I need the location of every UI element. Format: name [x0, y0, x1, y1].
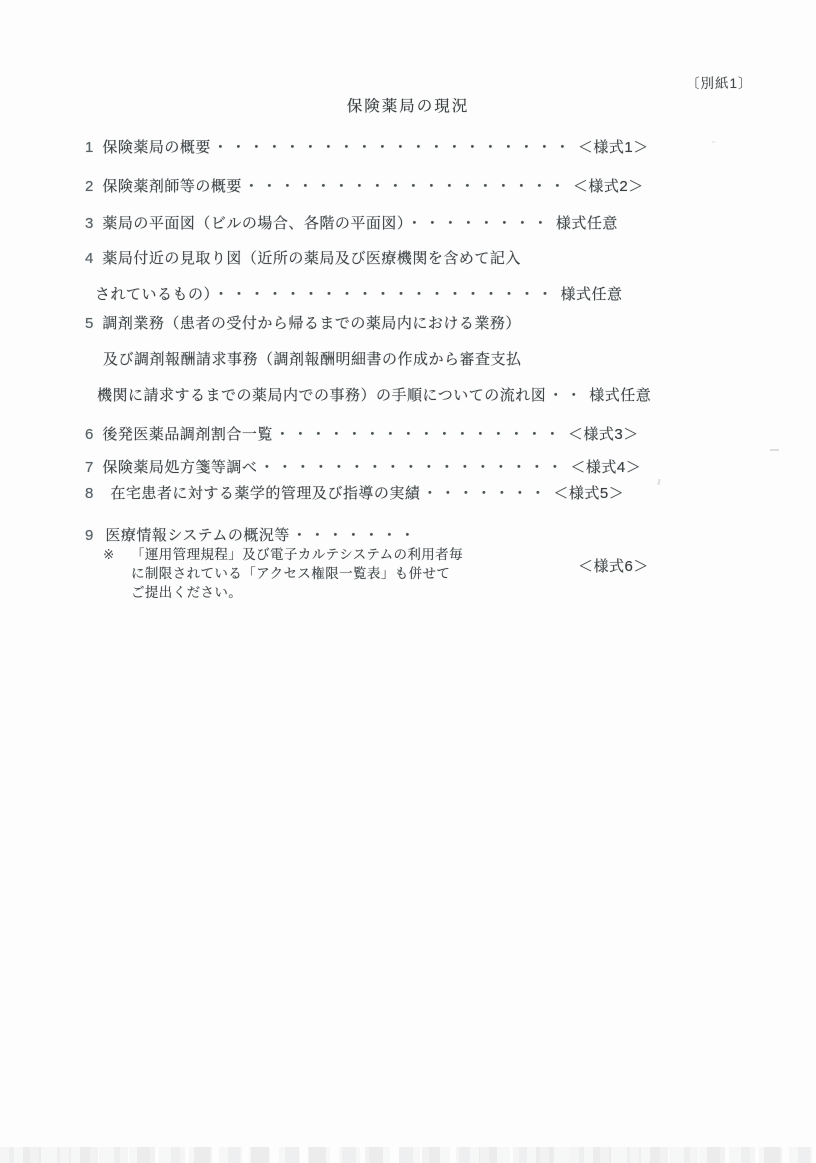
- leader-dots: ・・・・・・・: [292, 527, 418, 544]
- item-text: 調剤業務（患者の受付から帰るまでの薬局内における業務）: [102, 315, 521, 332]
- leader-dots: ・・・・・・・・・・・・・・・・・・: [244, 178, 568, 195]
- item-text: 及び調剤報酬請求事務（調剤報酬明細書の作成から審査支払: [103, 351, 522, 368]
- scan-speck: [770, 449, 779, 451]
- item-number: 5: [85, 315, 93, 332]
- note-line-2: に制限されている「アクセス権限一覧表」も併せて: [131, 565, 450, 582]
- form-label: ＜様式3＞: [568, 426, 639, 443]
- item-number: 3: [85, 215, 93, 232]
- form-label: ＜様式1＞: [578, 139, 649, 156]
- note-line-3: ご提出ください。: [131, 584, 242, 601]
- toc-item-3: 3薬局の平面図（ビルの場合、各階の平面図）・・・・・・・・様式任意: [85, 215, 618, 233]
- item-text: 後発医薬品調剤割合一覧: [102, 426, 273, 443]
- form-label: ＜様式5＞: [553, 485, 624, 502]
- scanned-document-page: 〔別紙1〕 保険薬局の現況 1保険薬局の概要・・・・・・・・・・・・・・・・・・…: [0, 0, 816, 1163]
- form-label: 様式任意: [589, 387, 651, 404]
- scan-speck: [657, 479, 660, 485]
- toc-item-2: 2保険薬剤師等の概要・・・・・・・・・・・・・・・・・・＜様式2＞: [85, 178, 644, 196]
- toc-item-7: 7保険薬局処方箋等調べ・・・・・・・・・・・・・・・・・＜様式4＞: [85, 459, 641, 477]
- leader-dots: ・・・・・・・: [422, 485, 548, 502]
- toc-item-8: 8在宅患者に対する薬学的管理及び指導の実績・・・・・・・＜様式5＞: [85, 485, 624, 503]
- note-marker: ※: [103, 547, 114, 563]
- leader-dots: ・・・・・・・・・・・・・・・・・: [259, 459, 565, 476]
- toc-item-5-continuation-1: 及び調剤報酬請求事務（調剤報酬明細書の作成から審査支払: [103, 351, 522, 369]
- item-number: 1: [85, 139, 93, 156]
- leader-dots: ・・・・・・・・・・・・・・・・・・・・: [213, 139, 573, 156]
- scan-speck: [712, 141, 715, 143]
- scanner-edge-noise: [0, 1147, 816, 1163]
- item-number: 2: [85, 178, 93, 195]
- toc-item-5-continuation-2: 機関に請求するまでの薬局内での事務）の手順についての流れ図・・様式任意: [97, 387, 651, 405]
- toc-item-5: 5調剤業務（患者の受付から帰るまでの薬局内における業務）: [85, 315, 521, 333]
- item-number: 8: [85, 485, 93, 502]
- leader-dots: ・・・・・・・・・・・・・・・・・・・: [214, 286, 556, 303]
- item-text: 保険薬剤師等の概要: [102, 178, 242, 195]
- item-text: 在宅患者に対する薬学的管理及び指導の実績: [110, 485, 420, 502]
- toc-item-6: 6後発医薬品調剤割合一覧・・・・・・・・・・・・・・・・＜様式3＞: [85, 426, 639, 444]
- item-text: 医療情報システムの概況等: [105, 527, 290, 544]
- item-number: 4: [85, 250, 93, 267]
- page-title: 保険薬局の現況: [0, 94, 816, 116]
- leader-dots: ・・・・・・・・・・・・・・・・: [275, 426, 563, 443]
- item-text: 保険薬局の概要: [102, 139, 211, 156]
- toc-item-9: 9医療情報システムの概況等・・・・・・・: [85, 527, 418, 545]
- form-label: ＜様式2＞: [573, 178, 644, 195]
- form-label: 様式任意: [561, 286, 623, 303]
- leader-dots: ・・: [548, 387, 584, 404]
- item-number: 7: [85, 459, 93, 476]
- form-label-6: ＜様式6＞: [578, 555, 649, 576]
- item-number: 6: [85, 426, 93, 443]
- form-label: ＜様式4＞: [570, 459, 641, 476]
- item-text: 薬局付近の見取り図（近所の薬局及び医療機関を含めて記入: [102, 250, 521, 267]
- form-label: 様式任意: [556, 215, 618, 232]
- item-number: 9: [85, 527, 93, 544]
- item-text: されているもの）: [95, 286, 212, 303]
- toc-item-4: 4薬局付近の見取り図（近所の薬局及び医療機関を含めて記入: [85, 250, 521, 268]
- toc-item-4-continuation: されているもの）・・・・・・・・・・・・・・・・・・・様式任意: [95, 286, 623, 304]
- annex-corner-label: 〔別紙1〕: [686, 72, 753, 92]
- item-text: 保険薬局処方箋等調べ: [102, 459, 257, 476]
- item-text: 薬局の平面図（ビルの場合、各階の平面図）: [102, 215, 405, 232]
- item-text: 機関に請求するまでの薬局内での事務）の手順についての流れ図: [97, 387, 546, 404]
- toc-item-1: 1保険薬局の概要・・・・・・・・・・・・・・・・・・・・＜様式1＞: [85, 139, 649, 157]
- note-line-1: 「運用管理規程」及び電子カルテシステムの利用者毎: [131, 546, 463, 563]
- leader-dots: ・・・・・・・・: [407, 215, 551, 232]
